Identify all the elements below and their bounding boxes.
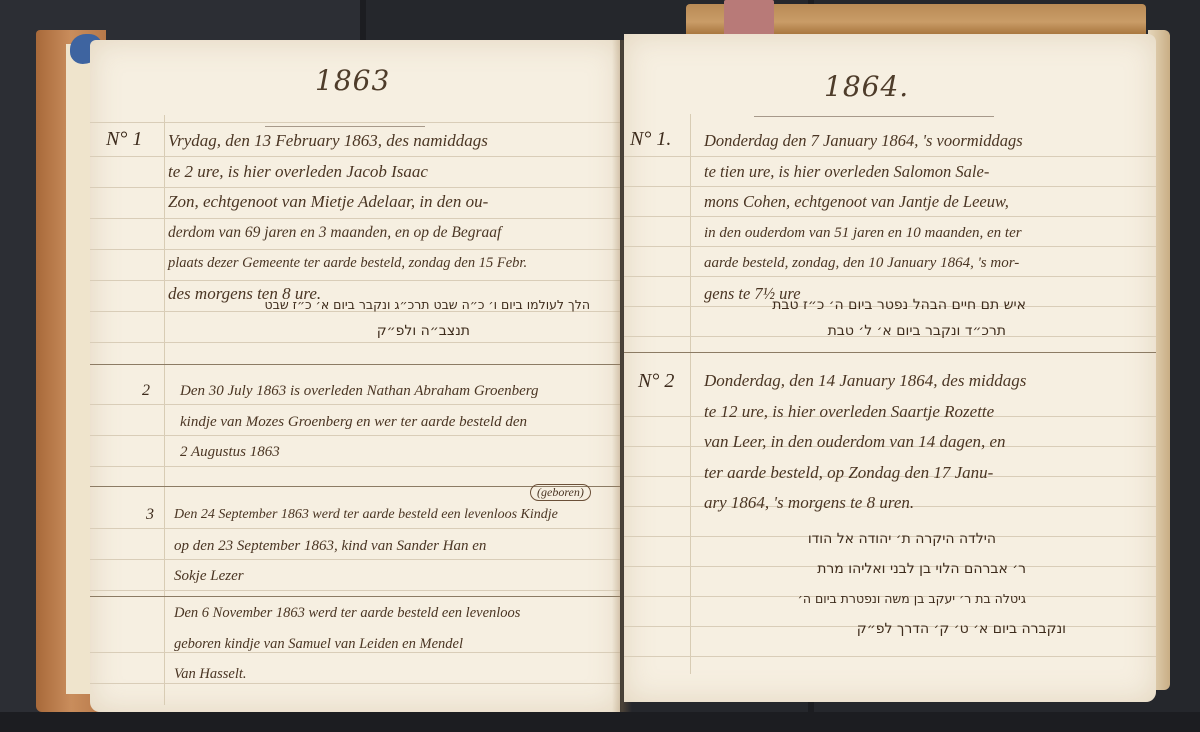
hebrew-line: ר׳ אברהם הלוי בן לבני ואליהו מרת	[696, 554, 1026, 584]
entry-line: in den ouderdom van 51 jaren en 10 maand…	[704, 218, 1023, 249]
hebrew-line: הילדה היקרה ת׳ יהודה אל הודו	[696, 524, 1026, 554]
entry-line: op den 23 September 1863, kind van Sande…	[174, 531, 558, 562]
ruled-line	[624, 656, 1156, 657]
entry-line: Sokje Lezer	[174, 561, 558, 592]
entry-line: kindje van Mozes Groenberg en wer ter aa…	[180, 407, 539, 438]
entry-text: Den 30 July 1863 is overleden Nathan Abr…	[180, 376, 539, 468]
entry-text: Donderdag den 7 January 1864, 's voormid…	[704, 126, 1023, 309]
entry-number: N° 2	[638, 370, 674, 393]
entry-line: Donderdag, den 14 January 1864, des midd…	[704, 366, 1026, 397]
entry-line: Vrydag, den 13 February 1863, des namidd…	[168, 126, 527, 157]
entry-line: van Leer, in den ouderdom van 14 dagen, …	[704, 427, 1026, 458]
entry-line: Den 30 July 1863 is overleden Nathan Abr…	[180, 376, 539, 407]
entry-number: N° 1	[106, 128, 142, 151]
entry-line: te 2 ure, is hier overleden Jacob Isaac	[168, 157, 527, 188]
entry-text: Donderdag, den 14 January 1864, des midd…	[704, 366, 1026, 519]
margin-line	[690, 114, 691, 674]
entry-divider	[90, 596, 620, 597]
entry-line: derdom van 69 jaren en 3 maanden, en op …	[168, 218, 527, 249]
entry-text: Den 6 November 1863 werd ter aarde beste…	[174, 598, 520, 690]
entry-line: Zon, echtgenoot van Mietje Adelaar, in d…	[168, 187, 527, 218]
left-page: 1863 N° 1 Vrydag, den 13 February 1863, …	[90, 40, 620, 712]
hebrew-line: ונקברה ביום א׳ ט׳ ק׳ הדרך לפ״ק	[696, 614, 1066, 644]
hebrew-line: הלך לעולמו ביום ו׳ כ״ה שבט תרכ״ג ונקבר ב…	[120, 292, 590, 318]
right-page: 1864. N° 1. Donderdag den 7 January 1864…	[624, 34, 1156, 702]
hebrew-line: גיטלה בת ר׳ יעקב בן משה ונפטרת ביום ה׳	[696, 584, 1026, 614]
year-underline	[754, 116, 994, 117]
entry-line: Donderdag den 7 January 1864, 's voormid…	[704, 126, 1023, 157]
hebrew-line: איש תם חיים הבהל נפטר ביום ה׳ כ״ז טבת	[686, 292, 1026, 318]
entry-text: Den 24 September 1863 werd ter aarde bes…	[174, 500, 558, 592]
hebrew-inscription: איש תם חיים הבהל נפטר ביום ה׳ כ״ז טבת תר…	[686, 292, 1026, 344]
entry-line: aarde besteld, zondag, den 10 January 18…	[704, 248, 1023, 279]
entry-line: Den 6 November 1863 werd ter aarde beste…	[174, 598, 520, 629]
year-heading-1863: 1863	[315, 64, 390, 97]
year-heading-1864: 1864.	[824, 70, 909, 103]
entry-line: plaats dezer Gemeente ter aarde besteld,…	[168, 248, 527, 279]
entry-line: ter aarde besteld, op Zondag den 17 Janu…	[704, 458, 1026, 489]
annotation-geboren: (geboren)	[530, 484, 591, 501]
entry-divider	[624, 352, 1156, 353]
entry-number: 3	[146, 506, 154, 524]
entry-line: geboren kindje van Samuel van Leiden en …	[174, 629, 520, 660]
hebrew-line: תנצב״ה ולפ״ק	[120, 318, 590, 344]
entry-divider	[90, 364, 620, 365]
entry-line: mons Cohen, echtgenoot van Jantje de Lee…	[704, 187, 1023, 218]
hebrew-inscription: הלך לעולמו ביום ו׳ כ״ה שבט תרכ״ג ונקבר ב…	[120, 292, 590, 344]
bookmark-ribbon	[724, 0, 774, 36]
entry-number: N° 1.	[630, 128, 671, 151]
entry-line: 2 Augustus 1863	[180, 437, 539, 468]
entry-line: te tien ure, is hier overleden Salomon S…	[704, 157, 1023, 188]
margin-line	[164, 115, 165, 705]
entry-number: 2	[142, 382, 150, 400]
entry-line: te 12 ure, is hier overleden Saartje Roz…	[704, 397, 1026, 428]
entry-line: Den 24 September 1863 werd ter aarde bes…	[174, 500, 558, 531]
entry-line: ary 1864, 's morgens te 8 uren.	[704, 488, 1026, 519]
background-bottom-strip	[0, 712, 1200, 732]
ruled-line	[90, 122, 620, 123]
hebrew-line: תרכ״ד ונקבר ביום א׳ ל׳ טבת	[686, 318, 1026, 344]
entry-line: Van Hasselt.	[174, 659, 520, 690]
hebrew-inscription: הילדה היקרה ת׳ יהודה אל הודו ר׳ אברהם הל…	[696, 524, 1026, 644]
entry-text: Vrydag, den 13 February 1863, des namidd…	[168, 126, 527, 309]
